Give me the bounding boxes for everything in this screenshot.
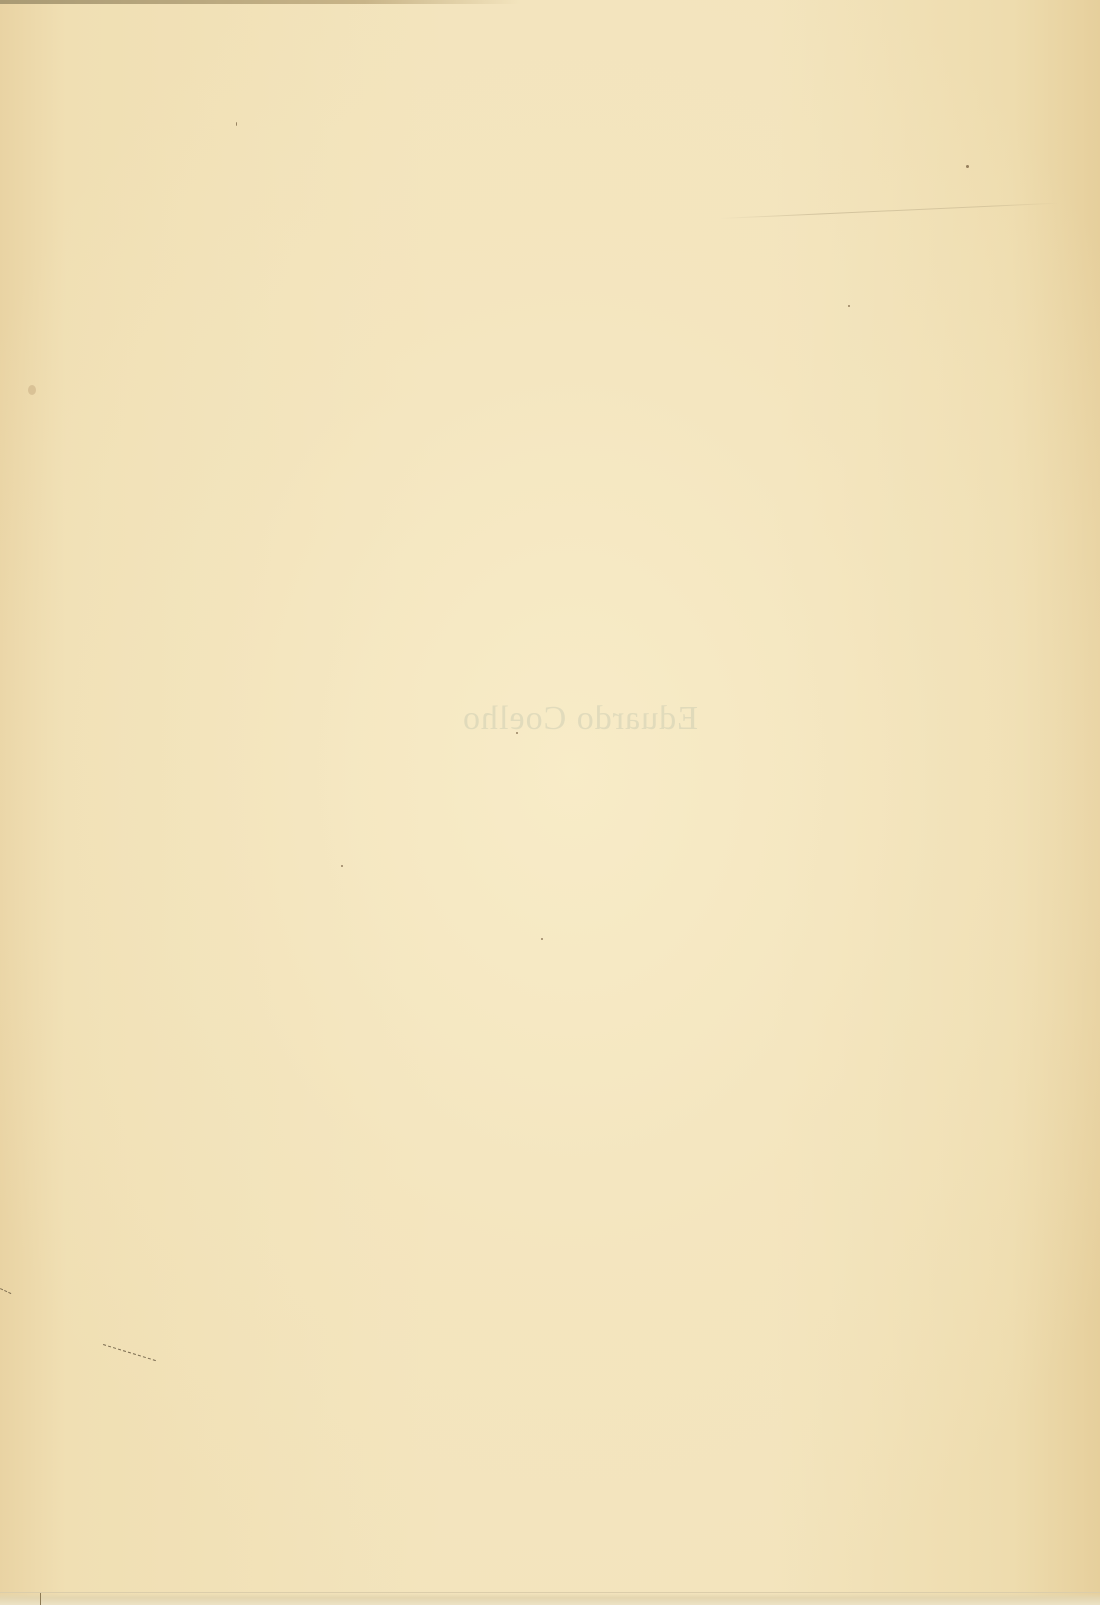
top-edge-shadow bbox=[0, 0, 520, 4]
paper-scratch bbox=[720, 203, 1060, 219]
bleed-through-text: Eduardo Coelho bbox=[395, 700, 765, 738]
paper-speck bbox=[966, 165, 969, 168]
paper-speck bbox=[848, 305, 850, 307]
paper-speck bbox=[541, 938, 543, 940]
paper-speck bbox=[341, 865, 343, 867]
bottom-edge bbox=[0, 1592, 1100, 1605]
paper-speck bbox=[236, 122, 237, 126]
paper-smudge bbox=[28, 385, 36, 395]
bottom-edge-tick bbox=[40, 1593, 41, 1605]
scanned-page: Eduardo Coelho bbox=[0, 0, 1100, 1605]
paper-speck bbox=[516, 732, 518, 734]
hair-mark bbox=[0, 1288, 11, 1295]
hair-mark bbox=[103, 1344, 156, 1362]
